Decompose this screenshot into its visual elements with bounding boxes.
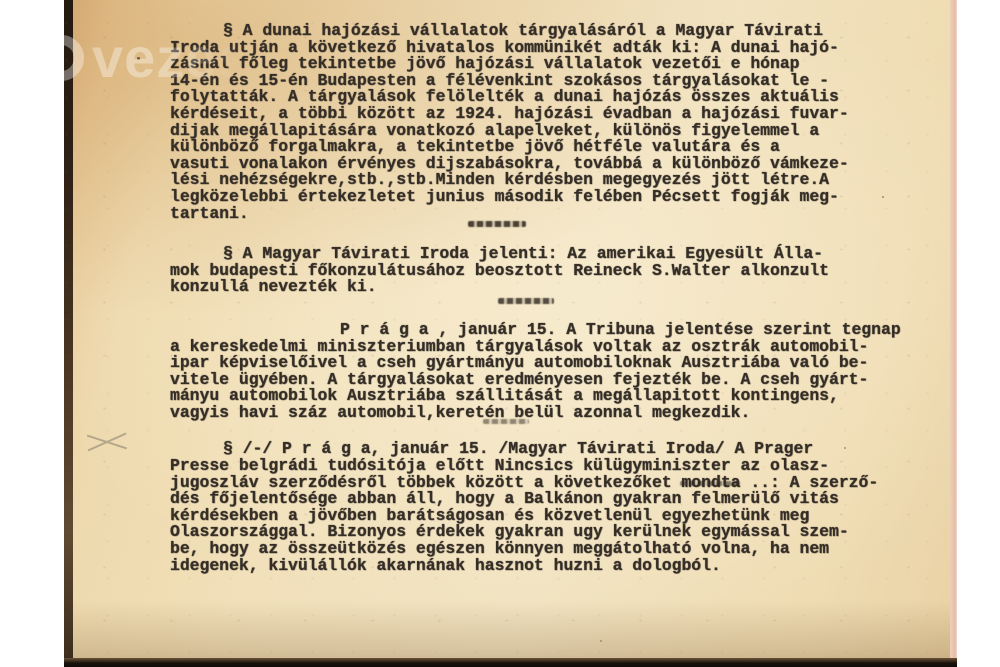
ink-speck (844, 447, 846, 449)
paragraph: § /-/ P r á g a, január 15. /Magyar Távi… (170, 441, 916, 574)
text-line: P r á g a , január 15. A Tribuna jelenté… (170, 322, 916, 339)
text-line: vagyis havi száz automobil,keretén belül… (170, 405, 916, 422)
overstrike-mark (680, 481, 740, 486)
pencil-cross-mark (86, 428, 128, 456)
text-line: idegenek, kivülállók akarnának hasznot h… (170, 558, 916, 575)
text-line: tartani. (170, 206, 916, 223)
ink-speck (137, 57, 140, 60)
paragraph: § A Magyar Távirati Iroda jelenti: Az am… (170, 246, 916, 296)
paper-sheet: § A dunai hajózási vállalatok tárgyalásá… (64, 0, 957, 667)
paper-right-edge (950, 0, 957, 667)
ink-speck (468, 83, 470, 85)
ink-speck (600, 640, 602, 642)
gutter-shadow (64, 0, 73, 667)
paragraph: P r á g a , január 15. A Tribuna jelenté… (170, 322, 916, 422)
text-line: legközelebbi értekezletet junius második… (170, 189, 916, 206)
text-line: konzullá nevezték ki. (170, 279, 916, 296)
ink-speck (882, 196, 884, 198)
scan-bottom-band (64, 658, 957, 667)
ink-smudge-mark (468, 221, 526, 227)
ink-smudge-mark (498, 298, 554, 304)
paragraph: § A dunai hajózási vállalatok tárgyalásá… (170, 23, 916, 222)
scanned-document-page: § A dunai hajózási vállalatok tárgyalásá… (0, 0, 1000, 667)
ink-smudge-mark (483, 419, 529, 424)
